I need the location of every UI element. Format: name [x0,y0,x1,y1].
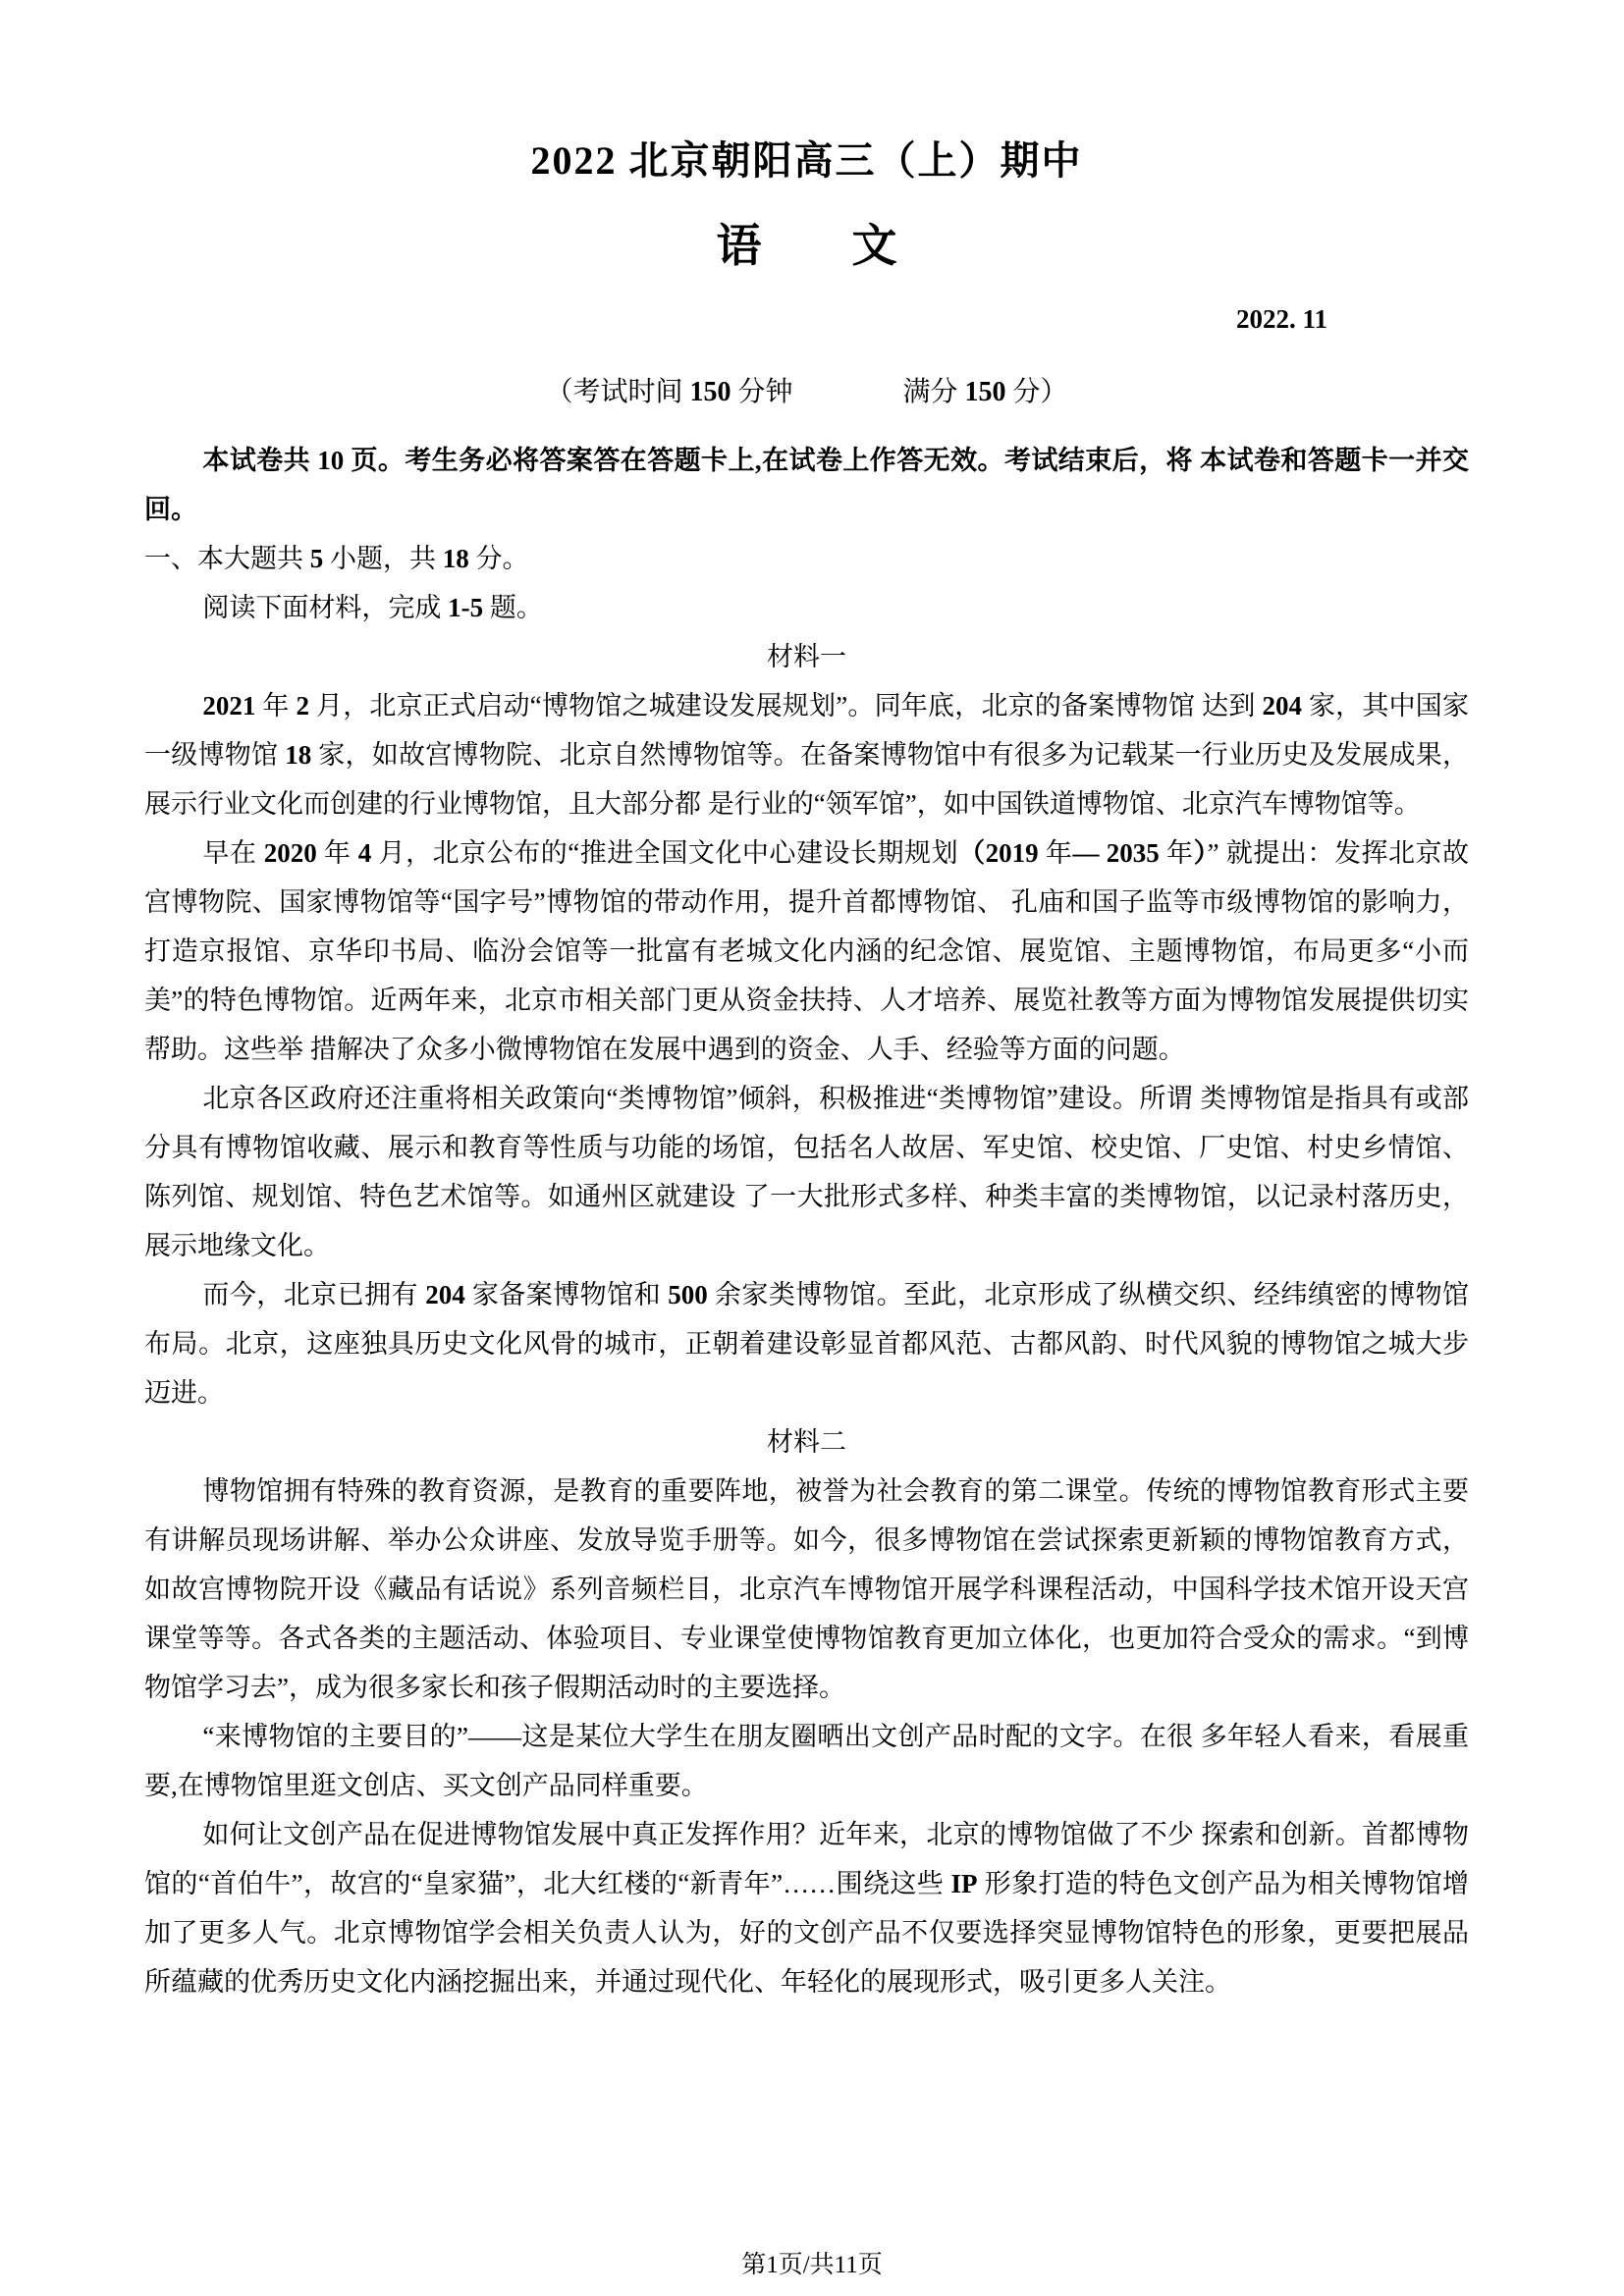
page-number: 第1页/共11页 [0,2251,1624,2280]
text-segment: 小题，共 [323,544,443,573]
paragraph: 早在 2020 年 4 月，北京公布的“推进全国文化中心建设长期规划（2019 … [144,828,1469,1074]
paragraph: 2021 年 2 月，北京正式启动“博物馆之城建设发展规划”。同年底，北京的备案… [144,681,1469,828]
text-segment: 150 [689,377,731,407]
material-one-paragraphs: 2021 年 2 月，北京正式启动“博物馆之城建设发展规划”。同年底，北京的备案… [144,681,1469,1417]
text-segment: 家，如故宫博物院、北京自然博物馆等。在备案博物馆中有很多为记载某一行业历史及发展… [144,740,1469,819]
exam-body: 本试卷共 10 页。考生务必将答案答在答题卡上,在试卷上作答无效。考试结束后，将… [144,436,1469,2006]
material-two-heading: 材料二 [144,1417,1469,1467]
paragraph: 如何让文创产品在促进博物馆发展中真正发挥作用？近年来，北京的博物馆做了不少 探索… [144,1810,1469,2006]
text-segment: ） [1194,838,1208,868]
text-segment: 月，北京公布的“推进全国文化中心建设长期规划 [371,838,958,868]
text-segment: 4 [358,838,372,868]
text-segment: 年 [255,691,296,721]
text-segment: 题。 [483,593,543,622]
text-segment: 分） [1006,377,1068,407]
text-segment: 2 [297,691,310,721]
text-segment: 150 [965,377,1006,407]
text-segment: 18 [285,740,311,770]
text-segment: 分。 [469,544,529,573]
subject-title: 语 文 [144,220,1469,273]
text-segment: 1-5 [448,593,483,622]
text-segment: 500 [668,1280,708,1309]
text-segment: 博物馆拥有特殊的教育资源，是教育的重要阵地，被誉为社会教育的第二课堂。传统的博物… [144,1476,1469,1702]
page-content: 2022 北京朝阳高三（上）期中 语 文 2022. 11 （考试时间 150 … [0,0,1624,2006]
text-segment: 年 [317,838,358,868]
text-segment: （2019 [958,838,1039,868]
text-segment: ” 就提出：发挥北京故宫博物院、国家博物馆等“国字号”博物馆的带动作用，提升首都… [144,838,1469,1064]
exam-paper-page: 2022 北京朝阳高三（上）期中 语 文 2022. 11 （考试时间 150 … [0,0,1624,2296]
paragraph: 博物馆拥有特殊的教育资源，是教育的重要阵地，被誉为社会教育的第二课堂。传统的博物… [144,1467,1469,1712]
reading-instruction: 阅读下面材料，完成 1-5 题。 [144,583,1469,632]
exam-date: 2022. 11 [144,302,1469,336]
text-segment: 早在 [202,838,263,868]
text-segment: 家备案博物馆和 [465,1280,669,1309]
text-segment: IP [950,1869,977,1898]
paragraph: 北京各区政府还注重将相关政策向“类博物馆”倾斜，积极推进“类博物馆”建设。所谓 … [144,1074,1469,1270]
text-segment: 5 [310,544,324,573]
text-segment: 18 [443,544,469,573]
section-one-heading: 一、本大题共 5 小题，共 18 分。 [144,534,1469,583]
material-one-heading: 材料一 [144,632,1469,681]
text-segment: 一、本大题共 [144,544,310,573]
text-segment: 年 [1160,838,1194,868]
exam-duration-and-score: （考试时间 150 分钟 满分 150 分） [144,375,1469,410]
text-segment: 北京各区政府还注重将相关政策向“类博物馆”倾斜，积极推进“类博物馆”建设。所谓 … [144,1084,1469,1260]
paragraph: “来博物馆的主要目的”——这是某位大学生在朋友圈晒出文创产品时配的文字。在很 多… [144,1712,1469,1810]
text-segment: 204 [425,1280,465,1309]
text-segment: 2020 [264,838,317,868]
text-segment: — 2035 [1072,838,1159,868]
exam-title: 2022 北京朝阳高三（上）期中 [144,137,1469,185]
text-segment: （考试时间 [545,377,689,407]
exam-notice: 本试卷共 10 页。考生务必将答案答在答题卡上,在试卷上作答无效。考试结束后，将… [144,436,1469,534]
text-segment: 阅读下面材料，完成 [202,593,448,622]
text-segment: 月，北京正式启动“博物馆之城建设发展规划”。同年底，北京的备案博物馆 达到 [309,691,1262,721]
text-segment: 204 [1263,691,1303,721]
text-segment: 分钟 满分 [731,377,964,407]
text-segment: “来博物馆的主要目的”——这是某位大学生在朋友圈晒出文创产品时配的文字。在很 多… [144,1722,1469,1800]
text-segment: 2021 [202,691,255,721]
text-segment: 而今，北京已拥有 [202,1280,425,1309]
text-segment: 年 [1039,838,1073,868]
paragraph: 而今，北京已拥有 204 家备案博物馆和 500 余家类博物馆。至此，北京形成了… [144,1270,1469,1417]
material-two-paragraphs: 博物馆拥有特殊的教育资源，是教育的重要阵地，被誉为社会教育的第二课堂。传统的博物… [144,1467,1469,2006]
